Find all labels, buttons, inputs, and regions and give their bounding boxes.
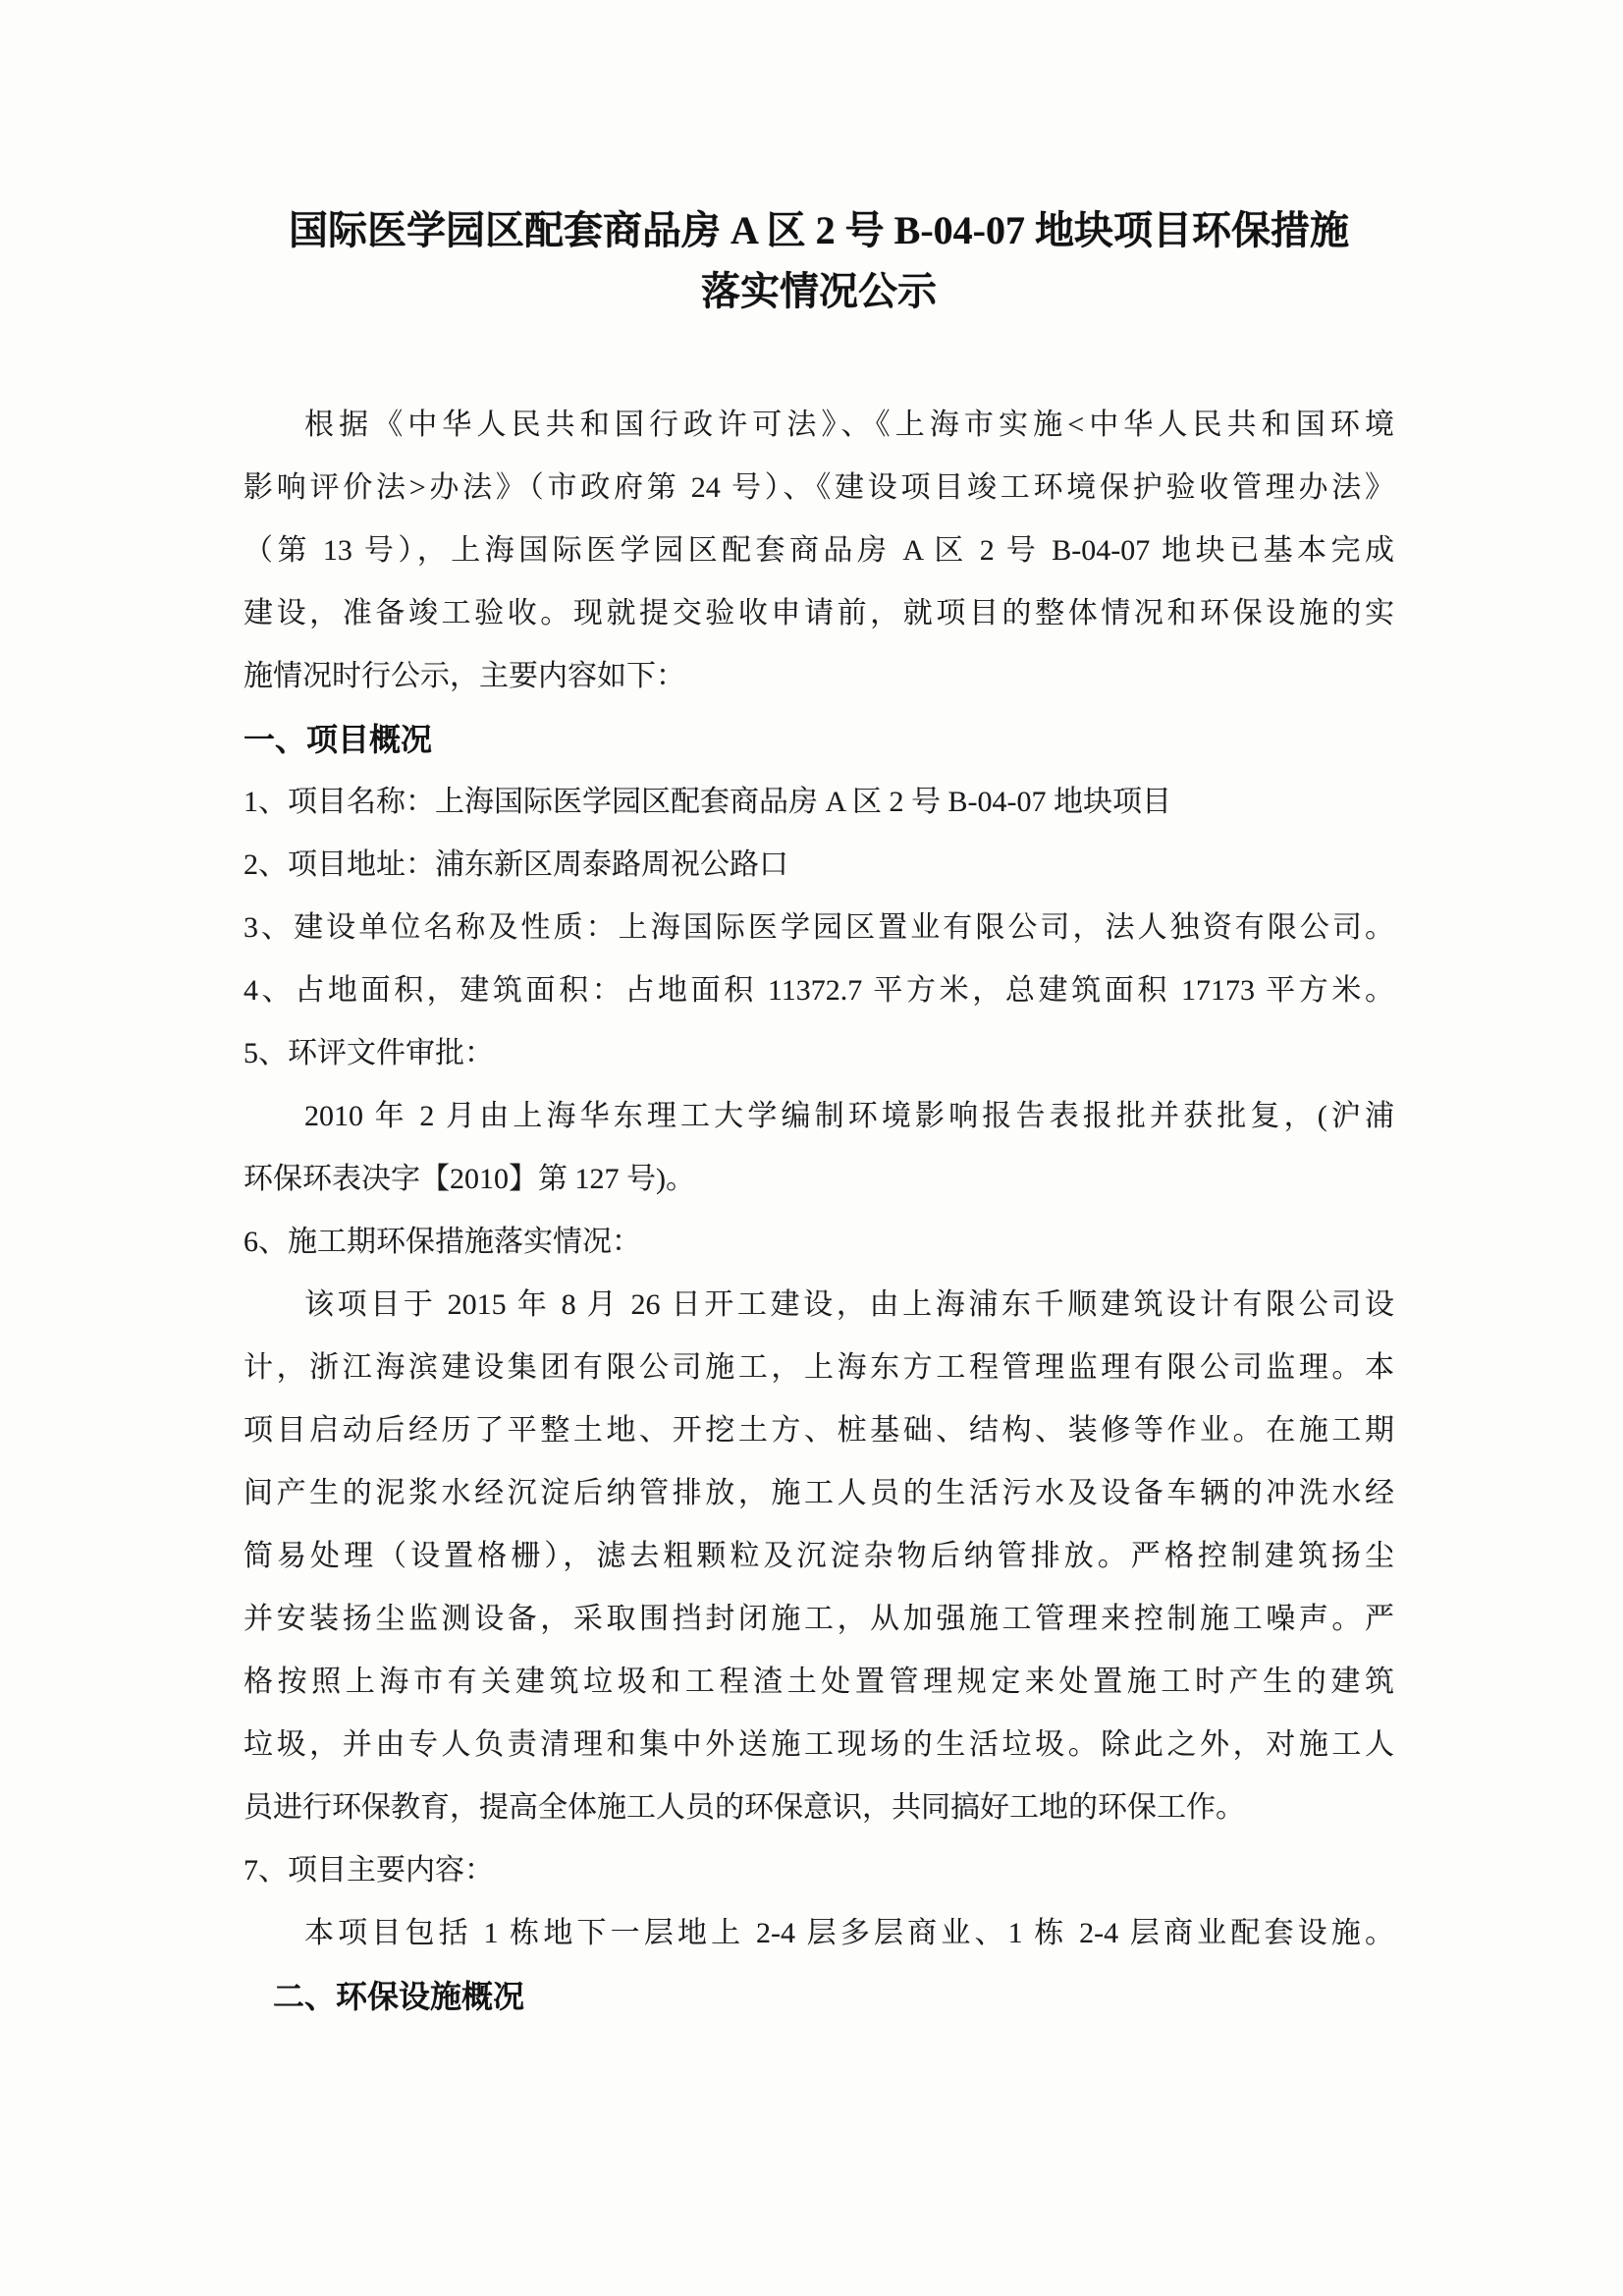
document-line: 建设，准备竣工验收。现就提交验收申请前，就项目的整体情况和环保设施的实 bbox=[243, 582, 1394, 645]
document-line: 该项目于 2015 年 8 月 26 日开工建设，由上海浦东千顺建筑设计有限公司… bbox=[243, 1274, 1394, 1337]
document-line: 1、项目名称：上海国际医学园区配套商品房 A 区 2 号 B-04-07 地块项… bbox=[243, 771, 1394, 834]
document-line: 计，浙江海滨建设集团有限公司施工，上海东方工程管理监理有限公司监理。本 bbox=[243, 1337, 1394, 1399]
document-line: 垃圾，并由专人负责清理和集中外送施工现场的生活垃圾。除此之外，对施工人 bbox=[243, 1714, 1394, 1777]
document-line: 4、占地面积，建筑面积：占地面积 11372.7 平方米，总建筑面积 17173… bbox=[243, 959, 1394, 1022]
document-line: 7、项目主要内容： bbox=[243, 1839, 1394, 1902]
document-line: 员进行环保教育，提高全体施工人员的环保意识，共同搞好工地的环保工作。 bbox=[243, 1777, 1394, 1839]
document-line: 并安装扬尘监测设备，采取围挡封闭施工，从加强施工管理来控制施工噪声。严 bbox=[243, 1588, 1394, 1651]
section-heading: 一、项目概况 bbox=[243, 708, 1394, 771]
scanned-document-page: 国际医学园区配套商品房 A 区 2 号 B-04-07 地块项目环保措施 落实情… bbox=[0, 0, 1623, 2296]
document-line: 格按照上海市有关建筑垃圾和工程渣土处置管理规定来处置施工时产生的建筑 bbox=[243, 1651, 1394, 1714]
document-title-line1: 国际医学园区配套商品房 A 区 2 号 B-04-07 地块项目环保措施 bbox=[243, 200, 1394, 261]
document-line: 施情况时行公示，主要内容如下： bbox=[243, 645, 1394, 708]
document-line: （第 13 号），上海国际医学园区配套商品房 A 区 2 号 B-04-07 地… bbox=[243, 519, 1394, 582]
document-line: 影响评价法>办法》（市政府第 24 号）、《建设项目竣工环境保护验收管理办法》 bbox=[243, 457, 1394, 519]
document-line: 简易处理（设置格栅），滤去粗颗粒及沉淀杂物后纳管排放。严格控制建筑扬尘 bbox=[243, 1525, 1394, 1588]
document-line: 2010 年 2 月由上海华东理工大学编制环境影响报告表报批并获批复，(沪浦 bbox=[243, 1085, 1394, 1148]
section-heading: 二、环保设施概况 bbox=[273, 1965, 1394, 2028]
document-title: 国际医学园区配套商品房 A 区 2 号 B-04-07 地块项目环保措施 落实情… bbox=[243, 200, 1394, 322]
document-line: 项目启动后经历了平整土地、开挖土方、桩基础、结构、装修等作业。在施工期 bbox=[243, 1399, 1394, 1462]
document-line: 本项目包括 1 栋地下一层地上 2-4 层多层商业、1 栋 2-4 层商业配套设… bbox=[243, 1902, 1394, 1965]
document-body: 根据《中华人民共和国行政许可法》、《上海市实施<中华人民共和国环境影响评价法>办… bbox=[243, 394, 1394, 2028]
document-title-line2: 落实情况公示 bbox=[243, 261, 1394, 322]
document-line: 2、项目地址：浦东新区周泰路周祝公路口 bbox=[243, 834, 1394, 897]
document-line: 6、施工期环保措施落实情况： bbox=[243, 1211, 1394, 1274]
document-line: 5、环评文件审批： bbox=[243, 1022, 1394, 1085]
document-line: 环保环表决字【2010】第 127 号)。 bbox=[243, 1148, 1394, 1211]
document-line: 根据《中华人民共和国行政许可法》、《上海市实施<中华人民共和国环境 bbox=[243, 394, 1394, 457]
document-line: 间产生的泥浆水经沉淀后纳管排放，施工人员的生活污水及设备车辆的冲洗水经 bbox=[243, 1462, 1394, 1525]
document-line: 3、建设单位名称及性质：上海国际医学园区置业有限公司，法人独资有限公司。 bbox=[243, 897, 1394, 959]
